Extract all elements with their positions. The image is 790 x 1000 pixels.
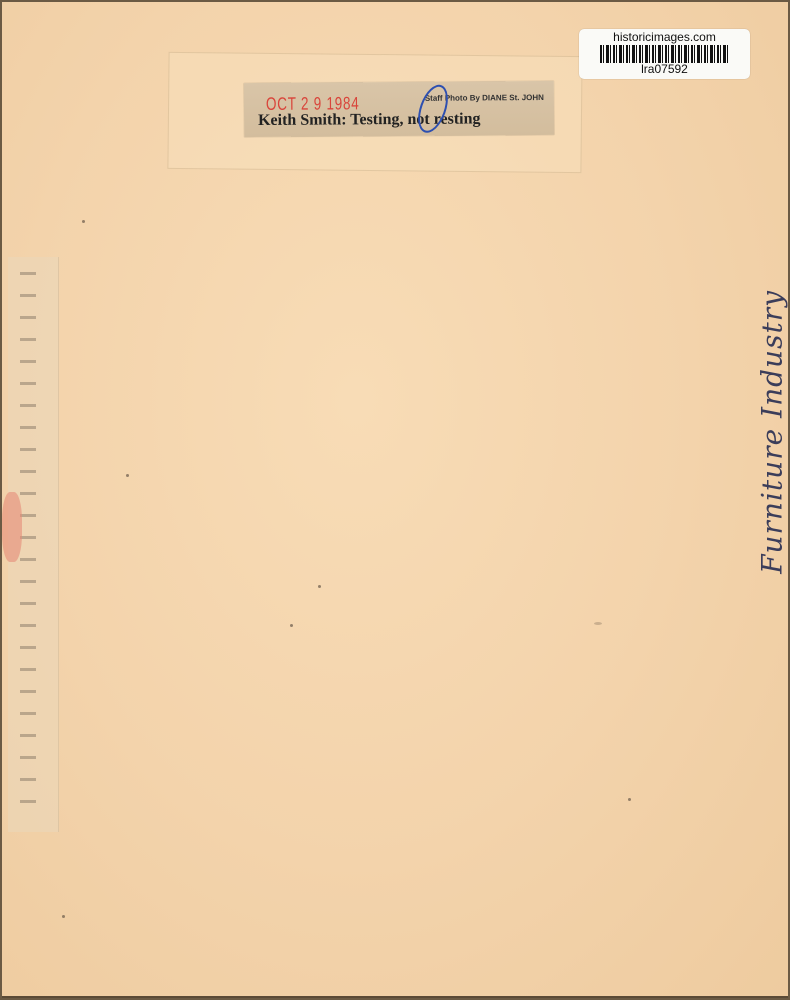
speck	[290, 624, 293, 627]
speck	[594, 622, 602, 625]
speck	[82, 220, 85, 223]
left-tape-strip	[8, 257, 59, 832]
strip-marks	[20, 272, 36, 812]
newspaper-clipping: OCT 2 9 1984 Staff Photo By DIANE St. JO…	[244, 81, 554, 137]
speck	[62, 915, 65, 918]
label-id: lra07592	[579, 63, 750, 76]
clipping-headline: Keith Smith: Testing, not resting	[258, 110, 481, 130]
speck	[126, 474, 129, 477]
handwritten-note: Furniture Industry	[756, 290, 789, 574]
label-site: historicimages.com	[579, 30, 750, 44]
speck	[628, 798, 631, 801]
pink-stain	[2, 492, 22, 562]
speck	[318, 585, 321, 588]
archive-label: historicimages.com lra07592	[579, 29, 750, 79]
photo-back-paper: OCT 2 9 1984 Staff Photo By DIANE St. JO…	[2, 2, 788, 998]
barcode-icon	[600, 45, 730, 63]
